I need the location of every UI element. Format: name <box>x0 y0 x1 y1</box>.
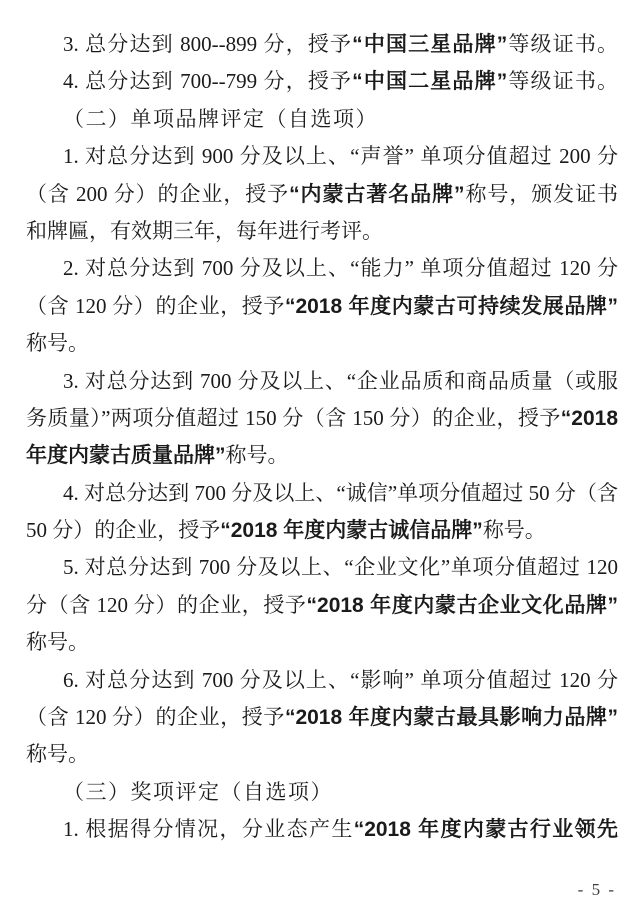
text-run: 50 分）的企业，授予 <box>26 518 220 542</box>
text-line: 3. 总分达到 800--899 分，授予“中国三星品牌”等级证书。 <box>26 26 618 63</box>
text-run: 5. 对总分达到 700 分及以上、“企业文化”单项分值超过 120 <box>63 555 618 579</box>
bold-text-run: “2018 年度内蒙古行业领先 <box>354 818 618 841</box>
text-run: 称号。 <box>483 518 546 542</box>
text-line: 称号。 <box>26 325 618 362</box>
text-run: 4. 总分达到 700--799 分，授予 <box>63 69 352 93</box>
text-line: 6. 对总分达到 700 分及以上、“影响” 单项分值超过 120 分 <box>26 662 618 699</box>
text-line: 3. 对总分达到 700 分及以上、“企业品质和商品质量（或服 <box>26 363 618 400</box>
text-run: 称号。 <box>26 742 89 766</box>
document-lines: 3. 总分达到 800--899 分，授予“中国三星品牌”等级证书。4. 总分达… <box>26 26 618 849</box>
text-run: 称号，颁发证书 <box>465 182 618 206</box>
text-line: 2. 对总分达到 700 分及以上、“能力” 单项分值超过 120 分 <box>26 250 618 287</box>
text-run: 等级证书。 <box>507 69 618 93</box>
text-line: 年度内蒙古质量品牌”称号。 <box>26 437 618 474</box>
text-run: 6. 对总分达到 700 分及以上、“影响” 单项分值超过 120 分 <box>63 668 618 692</box>
text-run: 称号。 <box>26 630 89 654</box>
text-run: （含 200 分）的企业，授予 <box>26 182 289 206</box>
text-line: 50 分）的企业，授予“2018 年度内蒙古诚信品牌”称号。 <box>26 512 618 549</box>
bold-text-run: “内蒙古著名品牌” <box>289 183 464 206</box>
text-run: 1. 根据得分情况，分业态产生 <box>63 817 354 841</box>
bold-text-run: “2018 年度内蒙古可持续发展品牌” <box>285 295 618 318</box>
section-heading: （三）奖项评定（自选项） <box>26 774 618 811</box>
text-line: （含 120 分）的企业，授予“2018 年度内蒙古最具影响力品牌” <box>26 699 618 736</box>
bold-text-run: “中国三星品牌” <box>352 33 507 56</box>
text-run: （含 120 分）的企业，授予 <box>26 705 285 729</box>
bold-text-run: 年度内蒙古质量品牌” <box>26 444 226 467</box>
page-number: - 5 - <box>578 880 616 900</box>
text-line: 4. 总分达到 700--799 分，授予“中国二星品牌”等级证书。 <box>26 63 618 100</box>
text-run: 4. 对总分达到 700 分及以上、“诚信”单项分值超过 50 分（含 <box>63 481 618 505</box>
text-run: 等级证书。 <box>507 32 618 56</box>
text-run: （二）单项品牌评定（自选项） <box>63 107 378 131</box>
text-line: 5. 对总分达到 700 分及以上、“企业文化”单项分值超过 120 <box>26 549 618 586</box>
bold-text-run: “2018 年度内蒙古最具影响力品牌” <box>285 706 618 729</box>
section-heading: （二）单项品牌评定（自选项） <box>26 101 618 138</box>
text-run: （含 120 分）的企业，授予 <box>26 294 285 318</box>
bold-text-run: “2018 年度内蒙古企业文化品牌” <box>307 594 618 617</box>
bold-text-run: “2018 年度内蒙古诚信品牌” <box>220 519 483 542</box>
text-run: 3. 对总分达到 700 分及以上、“企业品质和商品质量（或服 <box>63 369 618 393</box>
text-run: 分（含 120 分）的企业，授予 <box>26 593 307 617</box>
text-run: 称号。 <box>26 331 89 355</box>
text-run: 称号。 <box>226 443 289 467</box>
text-line: 务质量）”两项分值超过 150 分（含 150 分）的企业，授予“2018 <box>26 400 618 437</box>
text-line: （含 200 分）的企业，授予“内蒙古著名品牌”称号，颁发证书 <box>26 176 618 213</box>
text-run: 2. 对总分达到 700 分及以上、“能力” 单项分值超过 120 分 <box>63 256 618 280</box>
text-line: 和牌匾，有效期三年，每年进行考评。 <box>26 213 618 250</box>
text-line: 称号。 <box>26 736 618 773</box>
text-line: 分（含 120 分）的企业，授予“2018 年度内蒙古企业文化品牌” <box>26 587 618 624</box>
text-line: （含 120 分）的企业，授予“2018 年度内蒙古可持续发展品牌” <box>26 288 618 325</box>
text-line: 1. 对总分达到 900 分及以上、“声誉” 单项分值超过 200 分 <box>26 138 618 175</box>
text-line: 1. 根据得分情况，分业态产生“2018 年度内蒙古行业领先 <box>26 811 618 848</box>
bold-text-run: “中国二星品牌” <box>352 70 507 93</box>
document-page: 3. 总分达到 800--899 分，授予“中国三星品牌”等级证书。4. 总分达… <box>0 0 636 922</box>
text-run: （三）奖项评定（自选项） <box>63 780 333 804</box>
text-run: 务质量）”两项分值超过 150 分（含 150 分）的企业，授予 <box>26 406 561 430</box>
text-line: 称号。 <box>26 624 618 661</box>
text-run: 1. 对总分达到 900 分及以上、“声誉” 单项分值超过 200 分 <box>63 144 618 168</box>
bold-text-run: “2018 <box>561 407 618 430</box>
text-line: 4. 对总分达到 700 分及以上、“诚信”单项分值超过 50 分（含 <box>26 475 618 512</box>
text-run: 3. 总分达到 800--899 分，授予 <box>63 32 352 56</box>
text-run: 和牌匾，有效期三年，每年进行考评。 <box>26 219 383 243</box>
